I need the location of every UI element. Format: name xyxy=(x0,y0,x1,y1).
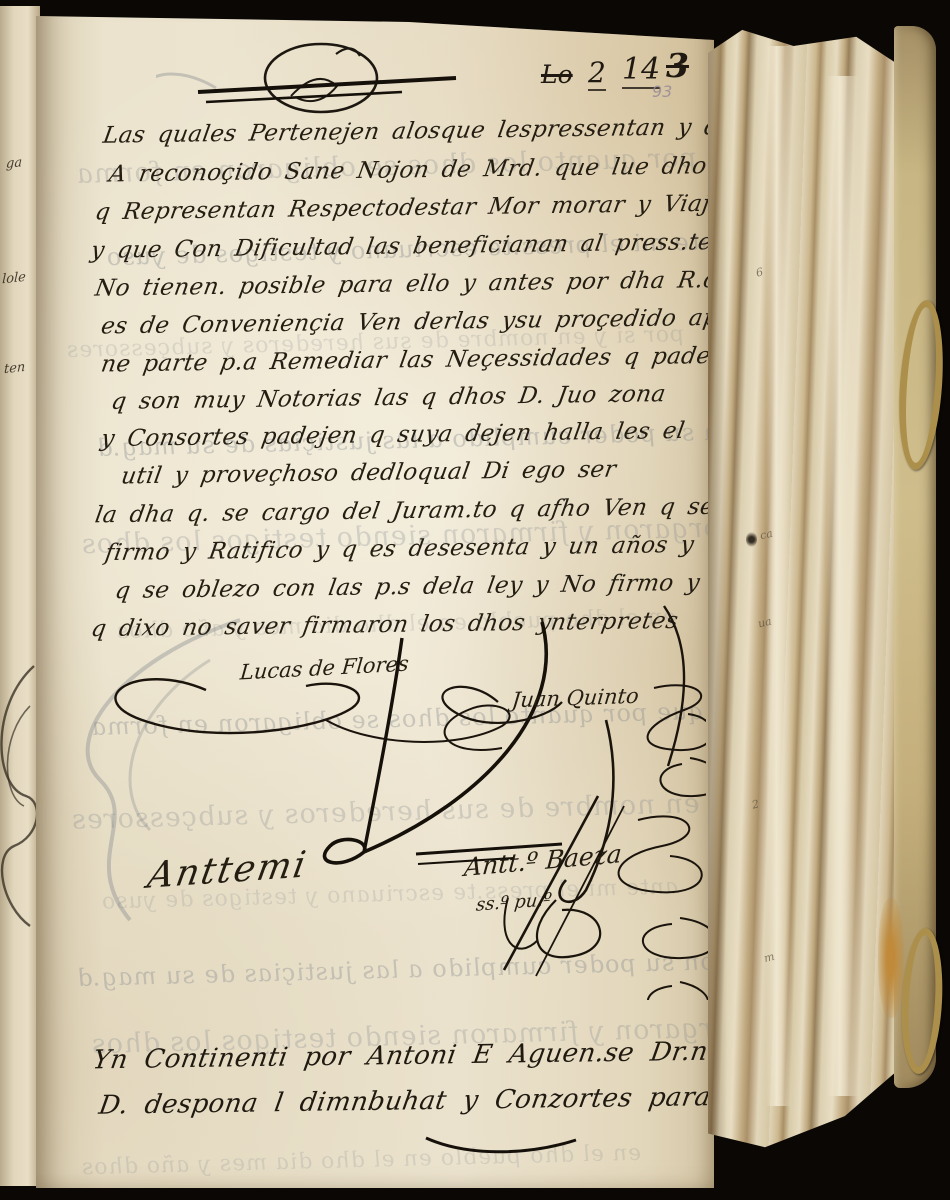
fore-edge-script-mark: 6 xyxy=(755,265,765,279)
folio-struck-word: Lo xyxy=(541,60,573,89)
manuscript-text-line: util y proveçhoso dedloqual Di ego ser xyxy=(119,457,618,490)
closing-underline-flourish xyxy=(416,1118,616,1178)
notary-rubric-flourish xyxy=(396,780,714,1000)
book-fore-edge: 6 ca ua 2 m xyxy=(708,16,898,1168)
facing-page-edge: ga lole ten xyxy=(0,6,40,1186)
page-edge-highlight xyxy=(826,76,860,1096)
fore-edge-script-mark: 2 xyxy=(751,797,761,811)
folio-number-pencil: 93 xyxy=(652,82,672,101)
manuscript-text-line: No tienen. posible para ello y antes por… xyxy=(93,266,714,301)
closing-text-line: D. despona l dimnbuhat y Conzortes para … xyxy=(97,1081,714,1120)
photo-backdrop: ga lole ten que por quanto los dhos se o… xyxy=(0,0,950,1200)
manuscript-text-line: q Representan Respectodestar Mor morar y… xyxy=(93,191,714,226)
facing-page-flourish xyxy=(0,6,40,1186)
manuscript-page: que por quanto los dhos se obligaron en … xyxy=(36,0,714,1188)
cover-stain xyxy=(878,898,904,1018)
page-edge-highlight xyxy=(766,46,792,1106)
manuscript-text-line: y que Con Dificultad las beneficianan al… xyxy=(89,228,714,264)
folio-number-crossed-out: 3 xyxy=(666,46,689,85)
folio-number-ink: 2 xyxy=(588,56,606,91)
manuscript-text-line: q son muy Notorias las q dhos D. Juo zon… xyxy=(109,381,668,415)
ink-blot xyxy=(746,532,757,547)
signature-juan-quinto: Juan Quinto xyxy=(511,684,640,713)
